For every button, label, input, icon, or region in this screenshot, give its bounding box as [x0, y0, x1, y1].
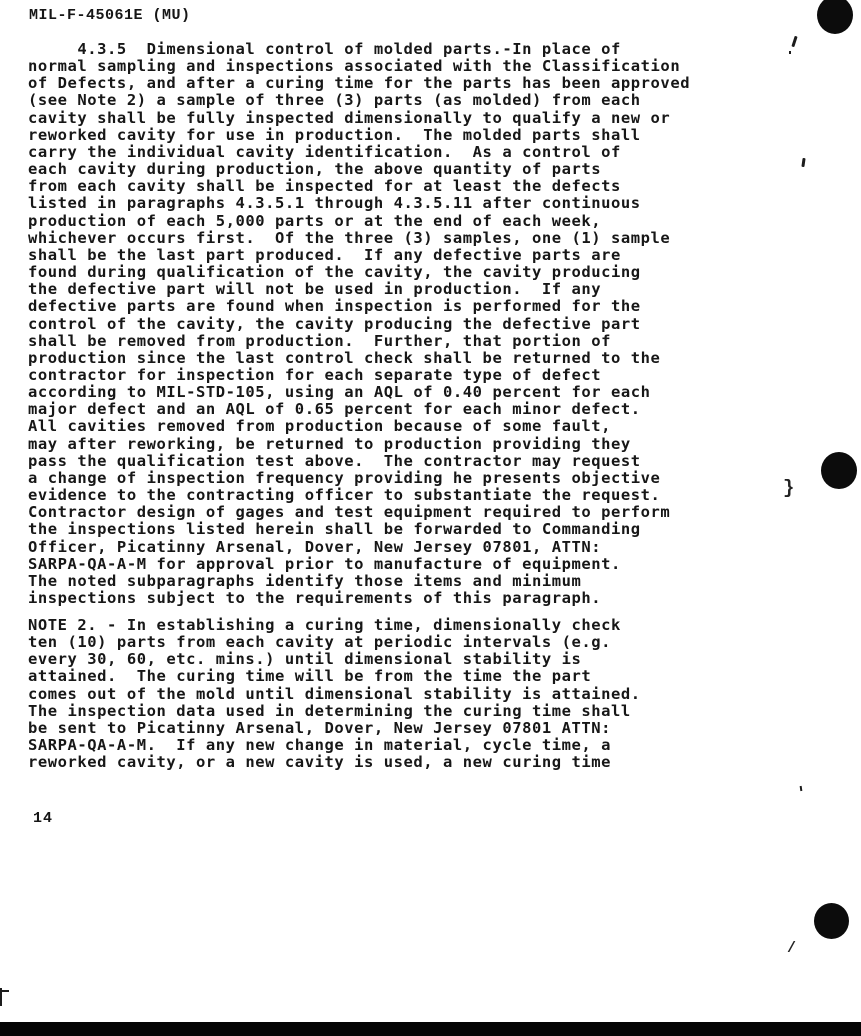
paragraph-4-3-5: 4.3.5 Dimensional control of molded part… [28, 41, 690, 607]
scanner-edge-bar [0, 1022, 861, 1036]
scan-speck [801, 158, 805, 167]
scanned-document-page: MIL-F-45061E (MU) 4.3.5 Dimensional cont… [0, 0, 861, 1036]
scan-speck [791, 36, 797, 47]
scan-speck [789, 51, 791, 54]
scan-speck [800, 786, 803, 791]
scan-speck [0, 990, 9, 992]
punch-hole-dot-top [817, 0, 853, 34]
document-id-header: MIL-F-45061E (MU) [29, 7, 191, 24]
punch-hole-dot-bottom [814, 903, 849, 939]
note-2-paragraph: NOTE 2. - In establishing a curing time,… [28, 617, 641, 771]
page-number: 14 [33, 810, 53, 827]
scan-mark-brace: } [783, 477, 794, 499]
punch-hole-dot-middle [821, 452, 857, 489]
scan-mark-slash: / [787, 940, 796, 957]
